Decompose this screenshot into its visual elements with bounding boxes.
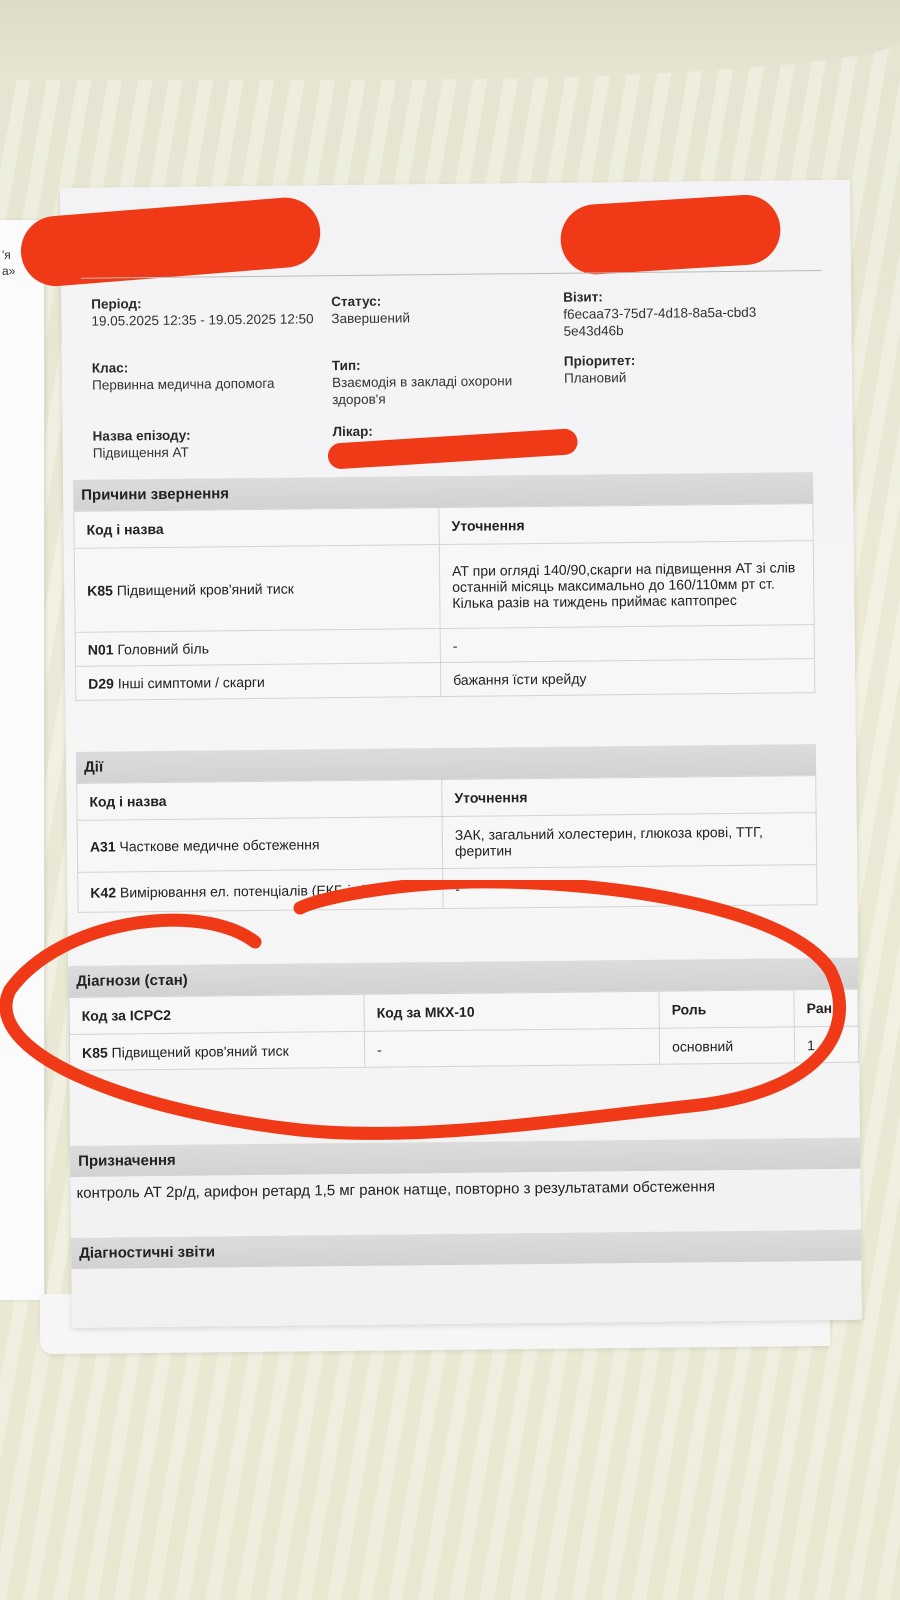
row-icd10: - [364,1028,659,1067]
row-name: Підвищений кров'яний тиск [117,580,294,598]
meta-class-value: Первинна медична допомога [92,374,322,393]
section-diagnoses: Діагнози (стан) Код за ICPC2 Код за МКХ-… [68,958,859,1071]
meta-priority: Пріоритет: Плановий [564,351,764,387]
row-code: K85 [82,1044,108,1060]
table-row: K85 Підвищений кров'яний тиск - основний… [69,1026,858,1070]
table-row: K85 Підвищений кров'яний тиск АТ при огл… [74,541,814,633]
meta-visit-label: Візит: [563,287,763,306]
meta-type-value: Взаємодія в закладі охорони здоров'я [332,372,552,408]
row-code: K85 [87,582,113,598]
table-row: D29 Інші симптоми / скарги бажання їсти … [76,659,815,701]
section-prescriptions: Призначення контроль АТ 2р/д, арифон рет… [70,1138,861,1210]
meta-period-value: 19.05.2025 12:35 - 19.05.2025 12:50 [91,310,321,329]
row-name: Часткове медичне обстеження [119,836,319,854]
meta-priority-label: Пріоритет: [564,351,764,370]
row-name: Головний біль [117,640,209,657]
col-header: Уточнення [442,776,816,817]
back-page-fragment: а» [2,264,15,278]
section-reasons: Причини звернення Код і назва Уточнення … [73,472,815,701]
meta-status: Статус: Завершений [331,291,551,327]
prescriptions-text: контроль АТ 2р/д, арифон ретард 1,5 мг р… [70,1169,860,1210]
back-page-fragment: 'я [2,248,11,262]
col-header: Код за ICPC2 [69,994,364,1034]
row-note: АТ при огляді 140/90,скарги на підвищенн… [439,541,814,629]
col-header: Роль [659,990,794,1028]
meta-type: Тип: Взаємодія в закладі охорони здоров'… [332,355,553,408]
meta-episode-value: Підвищення АТ [93,442,323,461]
table-row: A31 Часткове медичне обстеження ЗАК, заг… [77,813,817,873]
meta-class: Клас: Первинна медична допомога [92,357,322,393]
col-header: Уточнення [439,504,813,545]
redaction-header-right [559,193,783,277]
row-code: K42 [90,884,116,900]
actions-table: Код і назва Уточнення A31 Часткове медич… [76,775,817,913]
row-note: - [443,865,817,909]
col-header: Код і назва [74,508,439,549]
col-header: Код і назва [77,780,442,821]
meta-visit: Візит: f6ecaa73-75d7-4d18-8a5a-cbd35e43d… [563,287,764,340]
meta-priority-value: Плановий [564,368,764,387]
reasons-table: Код і назва Уточнення K85 Підвищений кро… [73,503,815,701]
table-row: K42 Вимірювання ел. потенціалів (ЕКГ, ін… [78,865,817,913]
meta-status-value: Завершений [331,308,551,327]
row-code: A31 [90,838,116,854]
meta-episode: Назва епізоду: Підвищення АТ [93,425,323,461]
row-code: D29 [88,675,114,691]
row-name: Вимірювання ел. потенціалів (ЕКГ, ін.) [120,881,367,900]
meta-period: Період: 19.05.2025 12:35 - 19.05.2025 12… [91,293,321,329]
col-header: Код за МКХ-10 [364,991,659,1031]
background-cloth-fold [0,0,900,80]
section-diagnostic-reports-title: Діагностичні звіти [71,1230,861,1269]
medical-record-sheet: Період: 19.05.2025 12:35 - 19.05.2025 12… [60,180,862,1328]
row-rank: 1 [794,1026,858,1063]
col-header: Ранк [794,989,858,1027]
row-role: основний [659,1027,794,1064]
row-note: - [440,625,814,663]
row-name: Підвищений кров'яний тиск [112,1042,289,1060]
section-actions: Дії Код і назва Уточнення A31 Часткове м… [76,744,818,913]
row-note: ЗАК, загальний холестерин, глюкоза крові… [442,813,817,869]
row-code: N01 [88,641,114,657]
back-page: 'я а» [0,220,45,1300]
section-diagnostic-reports: Діагностичні звіти [71,1230,861,1269]
meta-visit-value: f6ecaa73-75d7-4d18-8a5a-cbd35e43d46b [563,304,763,340]
diagnoses-table: Код за ICPC2 Код за МКХ-10 Роль Ранк K85… [68,989,859,1071]
redaction-header-left [18,195,323,289]
row-note: бажання їсти крейду [440,659,814,697]
row-name: Інші симптоми / скарги [118,673,265,691]
